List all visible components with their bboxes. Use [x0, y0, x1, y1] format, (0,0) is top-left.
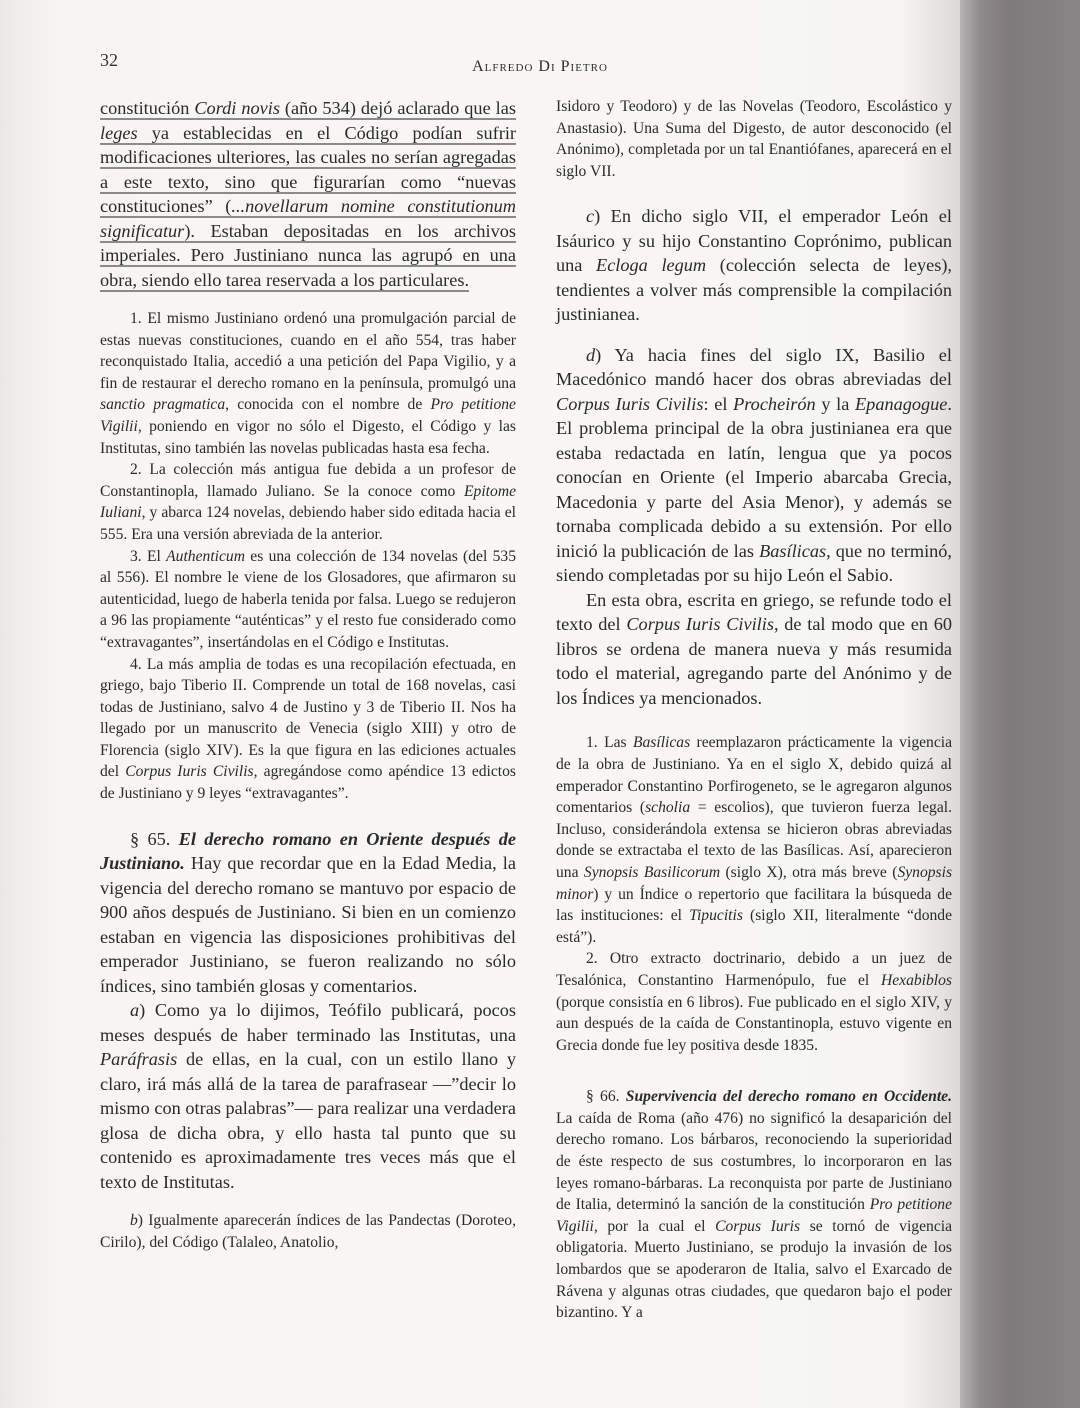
paragraph-item-1: 1. El mismo Justiniano ordenó una promul… — [100, 308, 516, 459]
paragraph-continuation: Isidoro y Teodoro) y de las Novelas (Teo… — [556, 96, 952, 182]
paragraph-basilicas-item-1: 1. Las Basílicas reemplazaron prácticame… — [556, 732, 952, 948]
right-column: Isidoro y Teodoro) y de las Novelas (Teo… — [556, 96, 952, 1324]
paragraph-a-teofilo: a) Como ya lo dijimos, Teófilo publicará… — [100, 998, 516, 1194]
section-66-paragraph: § 66. Supervivencia del derecho romano e… — [556, 1086, 952, 1324]
section-heading: Supervivencia del derecho romano en Occi… — [626, 1088, 952, 1105]
paragraph-d-basilio: d) Ya hacia fines del siglo IX, Basilio … — [556, 343, 952, 588]
paragraph-cordi-novis: constitución Cordi novis (año 534) dejó … — [100, 96, 516, 292]
section-number: § 65. — [130, 829, 179, 849]
paragraph-basilicas-overview: En esta obra, escrita en griego, se refu… — [556, 588, 952, 711]
left-column: constitución Cordi novis (año 534) dejó … — [100, 96, 516, 1253]
paragraph-item-4: 4. La más amplia de todas es una recopil… — [100, 654, 516, 805]
paragraph-b-indices: b) Igualmente aparecerán índices de las … — [100, 1210, 516, 1253]
paragraph-c-ecloga: c) En dicho siglo VII, el emperador León… — [556, 204, 952, 327]
section-65-paragraph: § 65. El derecho romano en Oriente despu… — [100, 827, 516, 999]
running-head-author: Alfredo Di Pietro — [0, 58, 1080, 76]
book-spine-shadow — [960, 0, 1080, 1408]
section-number: § 66. — [586, 1088, 626, 1105]
paragraph-item-3: 3. El Authenticum es una colección de 13… — [100, 546, 516, 654]
paragraph-hexabiblos-item-2: 2. Otro extracto doctrinario, debido a u… — [556, 948, 952, 1056]
paragraph-item-2: 2. La colección más antigua fue debida a… — [100, 459, 516, 545]
